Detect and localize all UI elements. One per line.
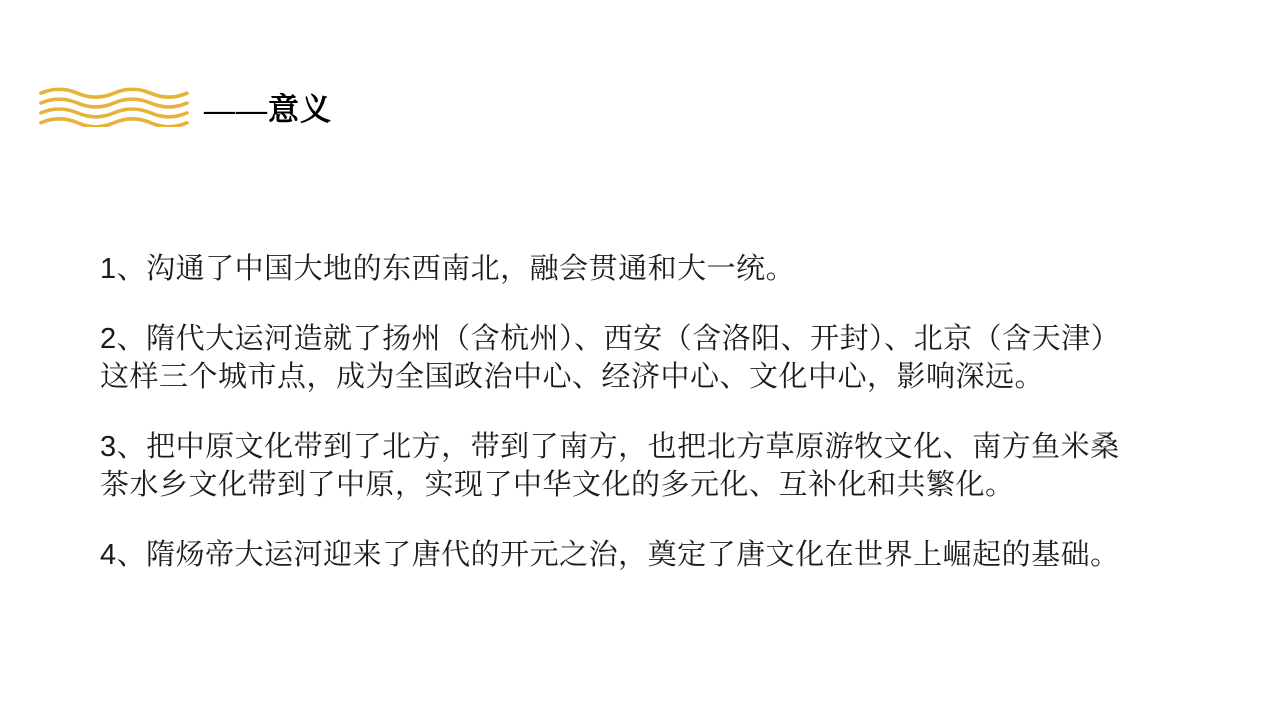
body-point-3: 3、把中原文化带到了北方，带到了南方，也把北方草原游牧文化、南方鱼米桑 茶水乡文… bbox=[100, 428, 1240, 504]
point-4-line-1: 4、隋炀帝大运河迎来了唐代的开元之治，奠定了唐文化在世界上崛起的基础。 bbox=[100, 536, 1240, 574]
slide-body: 1、沟通了中国大地的东西南北，融会贯通和大一统。 2、隋代大运河造就了扬州（含杭… bbox=[100, 250, 1240, 606]
presentation-slide: ——意义 1、沟通了中国大地的东西南北，融会贯通和大一统。 2、隋代大运河造就了… bbox=[0, 0, 1280, 720]
point-3-line-1: 3、把中原文化带到了北方，带到了南方，也把北方草原游牧文化、南方鱼米桑 bbox=[100, 428, 1240, 466]
body-point-4: 4、隋炀帝大运河迎来了唐代的开元之治，奠定了唐文化在世界上崛起的基础。 bbox=[100, 536, 1240, 574]
slide-header: ——意义 bbox=[38, 84, 332, 129]
point-2-line-2: 这样三个城市点，成为全国政治中心、经济中心、文化中心，影响深远。 bbox=[100, 358, 1240, 396]
wavy-lines-icon bbox=[38, 87, 190, 127]
body-point-1: 1、沟通了中国大地的东西南北，融会贯通和大一统。 bbox=[100, 250, 1240, 288]
point-3-line-2: 茶水乡文化带到了中原，实现了中华文化的多元化、互补化和共繁化。 bbox=[100, 466, 1240, 504]
slide-title: ——意义 bbox=[204, 84, 332, 129]
body-point-2: 2、隋代大运河造就了扬州（含杭州）、西安（含洛阳、开封）、北京（含天津） 这样三… bbox=[100, 320, 1240, 396]
point-1-line-1: 1、沟通了中国大地的东西南北，融会贯通和大一统。 bbox=[100, 250, 1240, 288]
point-2-line-1: 2、隋代大运河造就了扬州（含杭州）、西安（含洛阳、开封）、北京（含天津） bbox=[100, 320, 1240, 358]
